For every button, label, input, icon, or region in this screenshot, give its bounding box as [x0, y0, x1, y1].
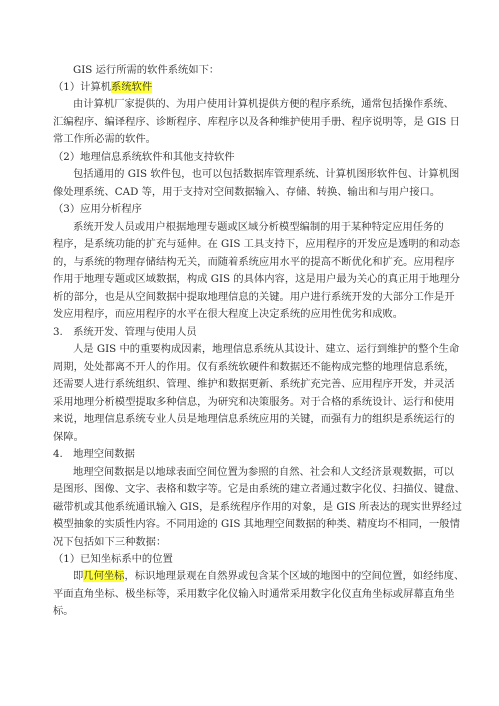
paragraph-line: 系统开发人员或用户根据地理专题或区域分析模型编制的用于某种特定应用任务的 [73, 218, 466, 236]
paragraph-line: 人是 GIS 中的重要构成因素，地理信息系统从其设计、建立、运行到维护的整个生命 [73, 340, 466, 358]
paragraph-line: 作用于地理专题或区域数据，构成 GIS 的具体内容，这是用户最为关心的真正用于地… [53, 270, 446, 288]
paragraph-line: 发应用程序，而应用程序的水平在很大程度上决定系统的应用性优劣和成败。 [53, 305, 446, 323]
paragraph-line: 像处理系统、CAD 等，用于支持对空间数据输入、存储、转换、输出和与用户接口。 [53, 183, 446, 201]
paragraph-line: 包括通用的 GIS 软件包，也可以包括数据库管理系统、计算机图形软件包、计算机图 [73, 165, 466, 183]
paragraph-line: 采用地理分析模型提取多种信息，为研究和决策服务。对于合格的系统设计、运行和使用 [53, 393, 446, 411]
intro-line: GIS 运行所需的软件系统如下： [73, 61, 466, 79]
heading-system-software: （1）计算机系统软件 [53, 78, 446, 96]
paragraph-line: 来说，地理信息系统专业人员是地理信息系统应用的关键，而强有力的组织是系统运行的 [53, 410, 446, 428]
document-page: GIS 运行所需的软件系统如下： （1）计算机系统软件 由计算机厂家提供的、为用… [0, 0, 499, 706]
highlighted-term: 几何坐标 [83, 570, 124, 582]
paragraph-line: 汇编程序、编译程序、诊断程序、库程序以及各种维护使用手册、程序说明等，是 GIS… [53, 113, 446, 131]
highlighted-term: 系统软件 [111, 81, 152, 93]
paragraph-line: 标。 [53, 602, 446, 620]
section-heading: （3）应用分析程序 [53, 200, 446, 218]
section-heading: 3. 系统开发、管理与使用人员 [53, 323, 446, 341]
paragraph-line: 模型抽象的实质性内容。不同用途的 GIS 其地理空间数据的种类、精度均不相同，一… [53, 515, 446, 533]
paragraph-line: 由计算机厂家提供的、为用户使用计算机提供方便的程序系统，通常包括操作系统、 [73, 95, 466, 113]
paragraph-line: 的，与系统的物理存储结构无关，而随着系统应用水平的提高不断优化和扩充。应用程序 [53, 253, 446, 271]
paragraph-line: 程序，是系统功能的扩充与延伸。在 GIS 工具支持下，应用程序的开发应是透明的和… [53, 235, 446, 253]
paragraph-line: 即几何坐标，标识地理景观在自然界或包含某个区域的地图中的空间位置，如经纬度、 [73, 567, 466, 585]
section-heading: （2）地理信息系统软件和其他支持软件 [53, 148, 446, 166]
text: 即 [73, 570, 83, 582]
paragraph-line: 周期，处处都离不开人的作用。仅有系统软硬件和数据还不能构成完整的地理信息系统， [53, 358, 446, 376]
paragraph-line: 还需要人进行系统组织、管理、维护和数据更新、系统扩充完善、应用程序开发，并灵活 [53, 375, 446, 393]
subsection-heading: （1）已知坐标系中的位置 [53, 550, 446, 568]
text: ，标识地理景观在自然界或包含某个区域的地图中的空间位置，如经纬度、 [124, 570, 464, 582]
paragraph-line: 况下包括如下三种数据： [53, 533, 446, 551]
paragraph-line: 磁带机或其他系统通讯输入 GIS，是系统程序作用的对象，是 GIS 所表达的现实… [53, 498, 446, 516]
paragraph-line: 保障。 [53, 428, 446, 446]
paragraph-line: 地理空间数据是以地球表面空间位置为参照的自然、社会和人文经济景观数据，可以 [73, 463, 466, 481]
paragraph-line: 常工作所必需的软件。 [53, 130, 446, 148]
paragraph-line: 析的部分，也是从空间数据中提取地理信息的关键。用户进行系统开发的大部分工作是开 [53, 288, 446, 306]
paragraph-line: 平面直角坐标、极坐标等，采用数字化仪输入时通常采用数字化仪直角坐标或屏幕直角坐 [53, 585, 446, 603]
heading-text: （1）计算机 [53, 81, 111, 93]
section-heading: 4. 地理空间数据 [53, 445, 446, 463]
paragraph-line: 是图形、图像、文字、表格和数字等。它是由系统的建立者通过数字化仪、扫描仪、键盘、 [53, 480, 446, 498]
